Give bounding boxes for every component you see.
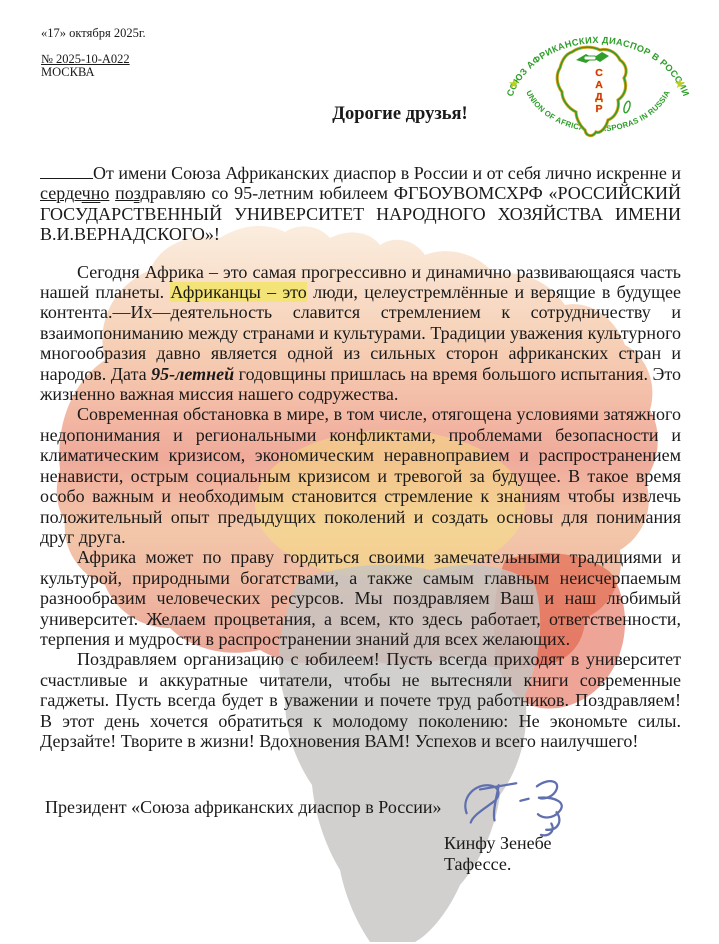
letter-date: «17» октября 2025г. [41,27,146,40]
signature-name: Кинфу Зенебе Тафессе. [444,833,614,875]
svg-text:Д: Д [595,91,603,103]
paragraph-world-situation: Современная обстановка в мире, в том чис… [40,404,681,547]
text-segment-u: по [115,183,134,203]
letter-page: «17» октября 2025г. № 2025-10-A022 МОСКВ… [0,0,719,944]
letter-title: Дорогие друзья! [80,104,719,125]
svg-text:А: А [595,79,603,91]
text-segment-u: о [100,183,109,203]
letterhead: «17» октября 2025г. № 2025-10-A022 МОСКВ… [41,27,146,79]
paragraph-africa-today: Сегодня Африка – это самая прогрессивно … [40,262,681,405]
org-logo: СОЮЗ АФРИКАНСКИХ ДИАСПОР В РОССИИ UNION … [500,4,696,154]
text-segment-plain: От имени Союза Африканских диаспор в Рос… [93,163,681,183]
text-segment-uu: чн [82,183,101,203]
text-segment-tab [40,165,93,179]
signature-role: Президент «Союза африканских диаспор в Р… [45,797,442,818]
text-segment-uu: зд [134,183,150,203]
letter-body: От имени Союза Африканских диаспор в Рос… [40,163,681,751]
paragraph-africa-pride: Африка может по праву гордиться своими з… [40,547,681,649]
logo-star-left-icon: ★ [508,76,520,91]
text-segment-hl: Африканцы – это [170,282,306,302]
letter-city: МОСКВА [41,66,146,79]
text-segment-u: серде [40,183,82,203]
text-segment-bi: 95-летней [151,364,234,384]
svg-text:С: С [595,67,603,79]
logo-star-right-icon: ★ [674,76,686,91]
paragraph-greeting: От имени Союза Африканских диаспор в Рос… [40,163,681,245]
signature-scribble [460,776,590,838]
paragraph-congratulations: Поздравляем организацию с юбилеем! Пусть… [40,649,681,751]
